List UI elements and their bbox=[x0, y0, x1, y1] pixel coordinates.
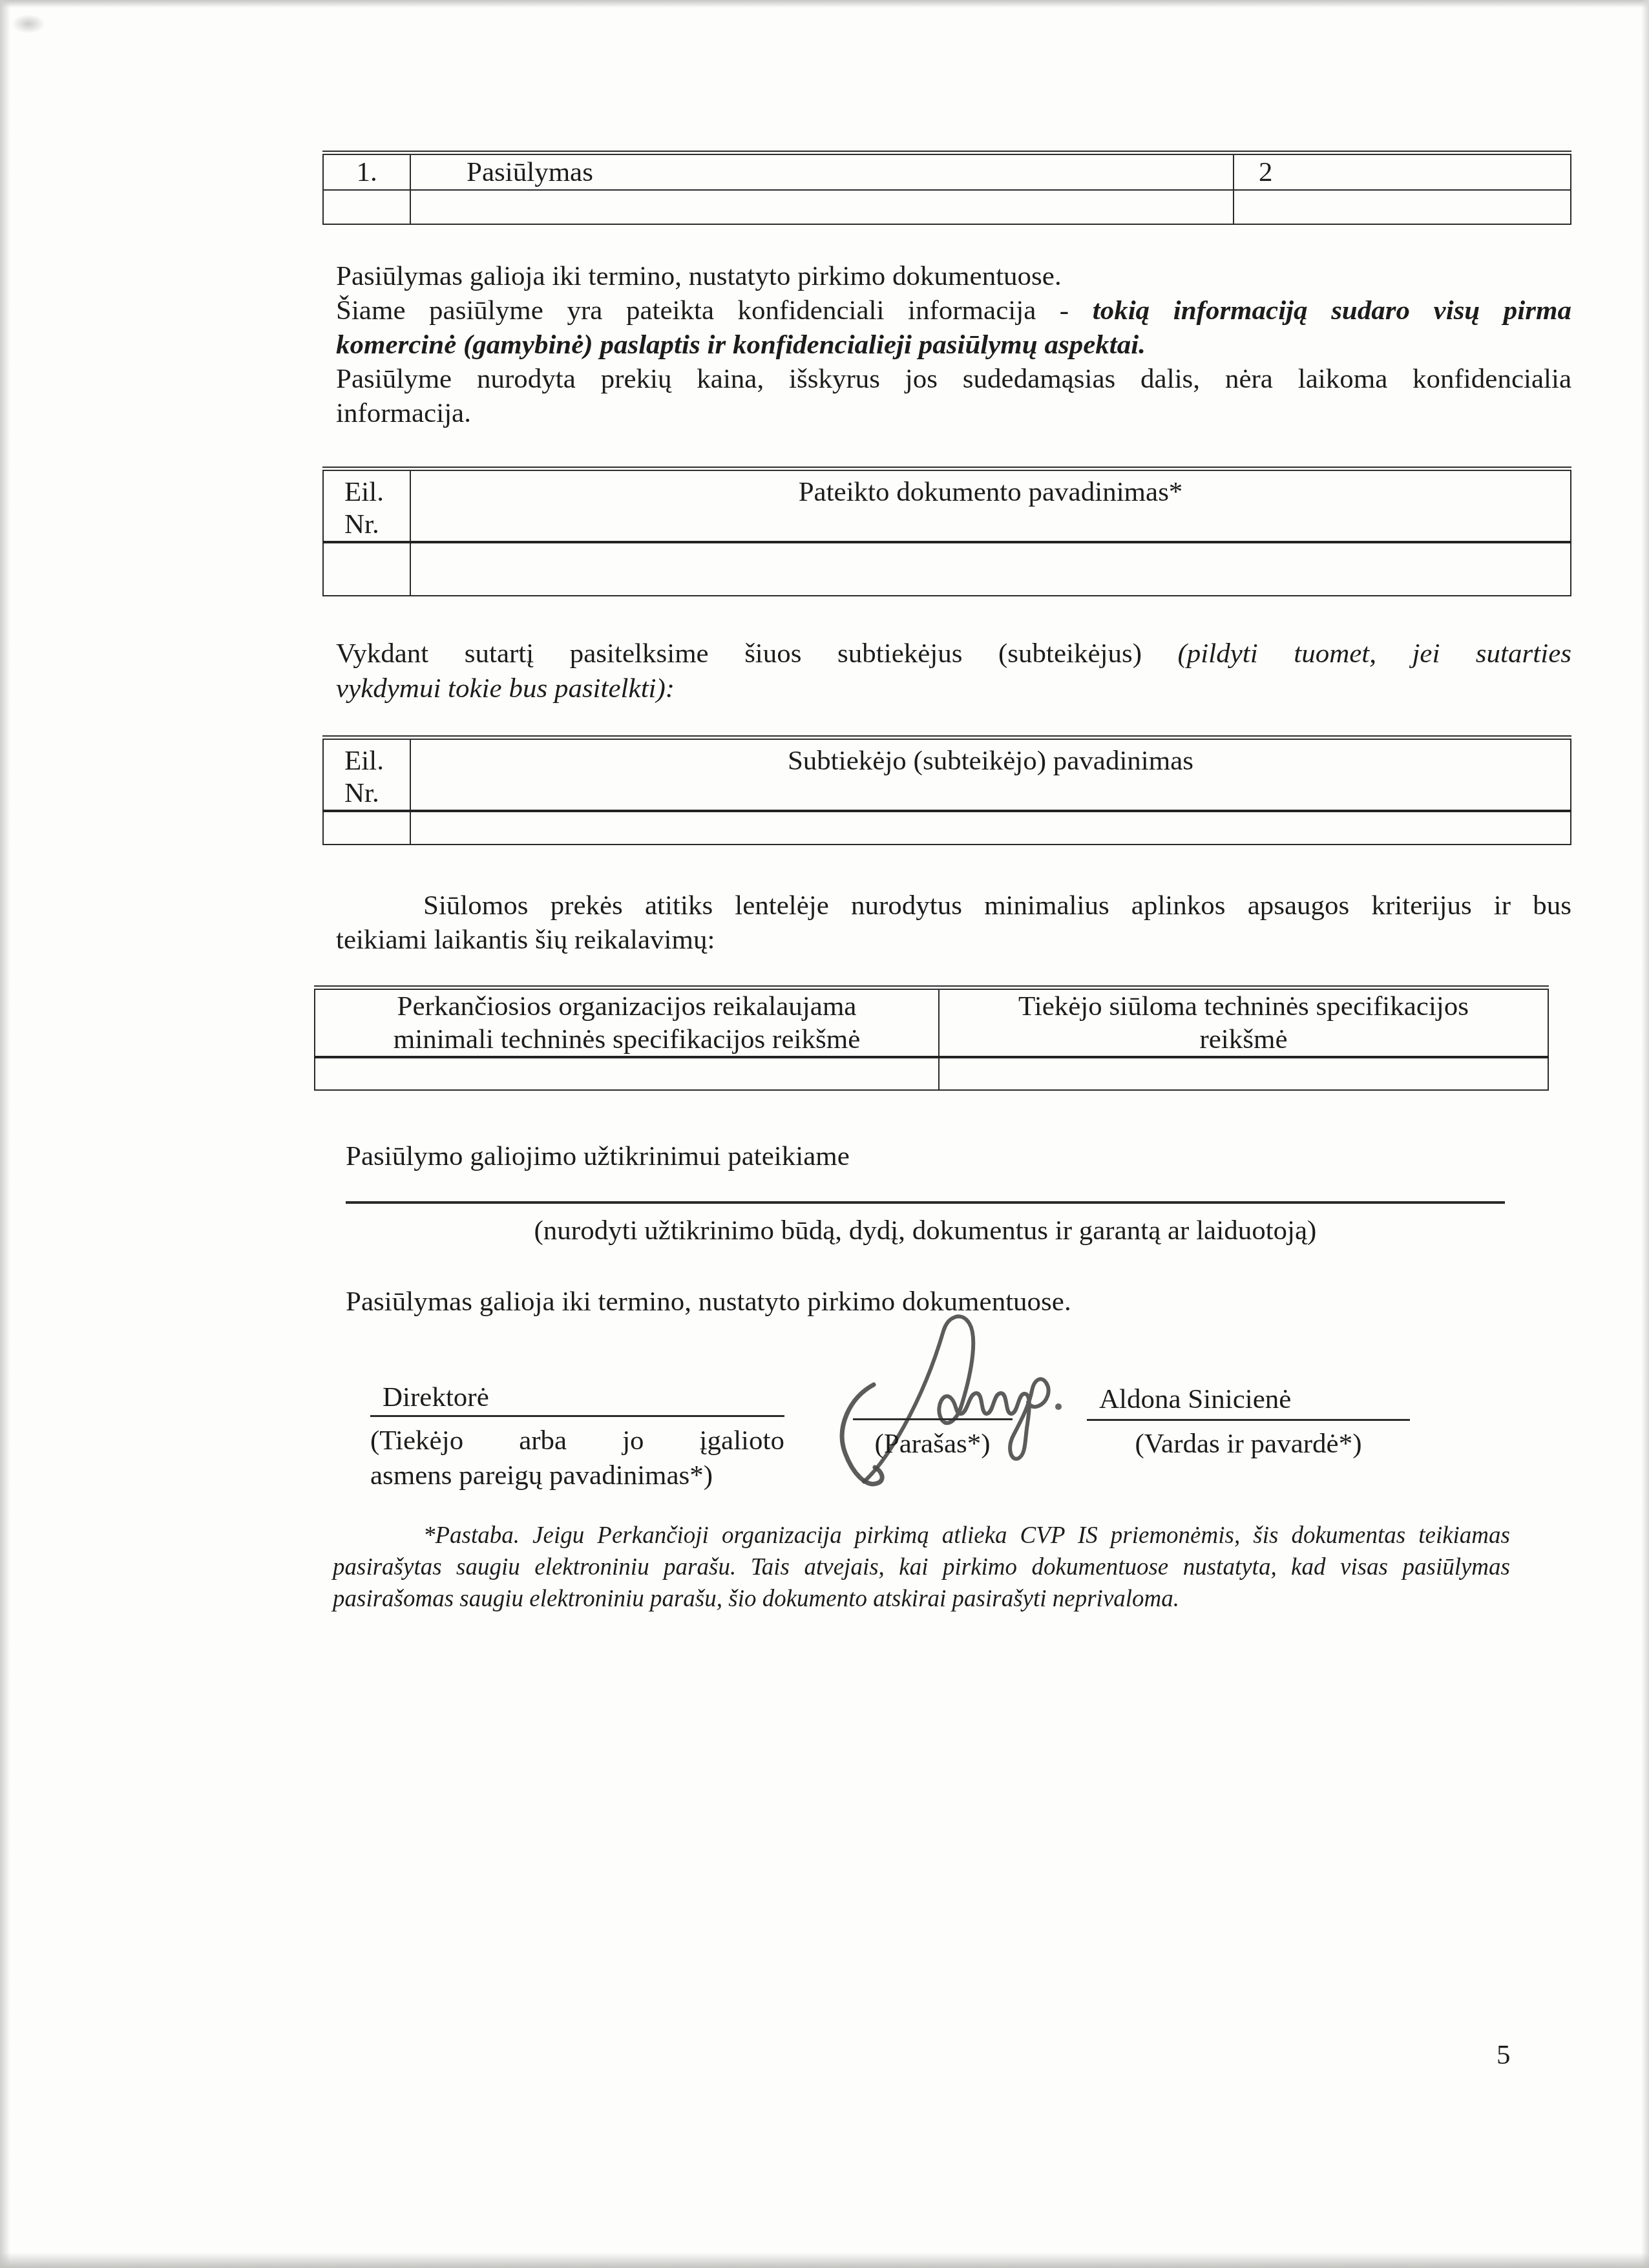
text: (Parašas*) bbox=[874, 1429, 990, 1459]
header-eil-nr: Eil. Nr. bbox=[323, 738, 410, 812]
name-caption: (Vardas ir pavardė*) bbox=[1087, 1427, 1410, 1462]
text: Pasiūlymo galiojimo užtikrinimui pateiki… bbox=[346, 1141, 850, 1171]
paragraph-line: teikiami laikantis šių reikalavimų: bbox=[336, 923, 1571, 957]
empty-cell bbox=[410, 811, 1571, 845]
header-offered-spec: Tiekėjo siūloma techninės specifikacijos… bbox=[939, 988, 1548, 1058]
caption-line: asmens pareigų pavadinimas*) bbox=[370, 1458, 784, 1493]
scan-edge-right bbox=[1641, 0, 1649, 2268]
header-required-spec: Perkančiosios organizacijos reikalaujama… bbox=[315, 988, 939, 1058]
text: (Vardas ir pavardė*) bbox=[1135, 1429, 1362, 1459]
table-header-row: Eil. Nr. Subtiekėjo (subteikėjo) pavadin… bbox=[323, 738, 1571, 812]
text: Nr. bbox=[344, 777, 410, 810]
position-caption: (Tiekėjo arba jo įgalioto asmens pareigų… bbox=[370, 1423, 784, 1493]
signer-position-title: Direktorė bbox=[383, 1380, 489, 1414]
empty-cell bbox=[323, 190, 410, 224]
text: Pasiūlyme nurodyta prekių kaina, išskyru… bbox=[336, 364, 1571, 394]
text: (nurodyti užtikrinimo būdą, dydį, dokume… bbox=[534, 1215, 1317, 1246]
header-eil-nr: Eil. Nr. bbox=[323, 469, 410, 543]
table-row: 1. Pasiūlymas 2 bbox=[323, 153, 1571, 190]
paragraph-line: vykdymui tokie bus pasitelkti): bbox=[336, 671, 1571, 706]
criteria-paragraph: Siūlomos prekės atitiks lentelėje nurody… bbox=[336, 888, 1571, 957]
subcontractors-table: Eil. Nr. Subtiekėjo (subteikėjo) pavadin… bbox=[322, 735, 1571, 845]
signature-line bbox=[853, 1418, 1013, 1420]
text: Tiekėjo siūloma techninės specifikacijos bbox=[940, 990, 1548, 1023]
text: Šiame pasiūlyme yra pateikta konfidencia… bbox=[336, 295, 1093, 326]
text: *Pastaba. Jeigu Perkančioji organizacija… bbox=[423, 1522, 1510, 1549]
empty-cell bbox=[410, 542, 1571, 596]
technical-spec-table: Perkančiosios organizacijos reikalaujama… bbox=[314, 985, 1549, 1091]
paragraph-line: informacija. bbox=[336, 396, 1571, 430]
text: Aldona Sinicienė bbox=[1099, 1384, 1291, 1414]
name-signature-line bbox=[1087, 1419, 1410, 1421]
footnote-line: pasirašytas saugiu elektroniniu parašu. … bbox=[333, 1551, 1510, 1583]
fill-in-line bbox=[346, 1201, 1505, 1204]
guarantee-caption: (nurodyti užtikrinimo būdą, dydį, dokume… bbox=[346, 1213, 1505, 1248]
page-number: 5 bbox=[1497, 2039, 1511, 2071]
intro-paragraphs: Pasiūlymas galioja iki termino, nustatyt… bbox=[336, 259, 1571, 430]
table-row bbox=[323, 542, 1571, 596]
footnote-line: *Pastaba. Jeigu Perkančioji organizacija… bbox=[333, 1520, 1510, 1551]
text: Perkančiosios organizacijos reikalaujama bbox=[315, 990, 938, 1023]
table-row bbox=[323, 811, 1571, 845]
paragraph-line: Siūlomos prekės atitiks lentelėje nurody… bbox=[336, 888, 1571, 923]
table-row bbox=[323, 190, 1571, 224]
text: Pasiūlymas galioja iki termino, nustatyt… bbox=[336, 261, 1062, 291]
scan-edge-bottom bbox=[0, 2252, 1649, 2268]
text: Nr. bbox=[344, 509, 410, 541]
empty-cell bbox=[315, 1057, 939, 1090]
text: pasirašomas saugiu elektroniniu parašu, … bbox=[333, 1586, 1179, 1612]
submitted-documents-table: Eil. Nr. Pateikto dokumento pavadinimas* bbox=[322, 467, 1571, 596]
italic-text: (pildyti tuomet, jei sutarties bbox=[1178, 638, 1571, 669]
table-header-row: Perkančiosios organizacijos reikalaujama… bbox=[315, 988, 1548, 1058]
text: informacija. bbox=[336, 398, 471, 428]
offer-number-table: 1. Pasiūlymas 2 bbox=[322, 151, 1571, 225]
empty-cell bbox=[939, 1057, 1548, 1090]
text: Eil. bbox=[344, 476, 410, 509]
empty-cell bbox=[323, 811, 410, 845]
scan-edge-left bbox=[0, 0, 10, 2268]
text: Direktorė bbox=[383, 1382, 489, 1412]
text: teikiami laikantis šių reikalavimų: bbox=[336, 925, 715, 955]
signer-name: Aldona Sinicienė bbox=[1099, 1382, 1291, 1416]
paragraph-line: Pasiūlymas galioja iki termino, nustatyt… bbox=[336, 259, 1571, 293]
document-page: 1. Pasiūlymas 2 Pasiūlymas galioja iki t… bbox=[0, 0, 1649, 2268]
header-document-name: Pateikto dokumento pavadinimas* bbox=[410, 469, 1571, 543]
text: reikšmė bbox=[940, 1023, 1548, 1056]
empty-cell bbox=[1234, 190, 1571, 224]
scan-edge-top bbox=[0, 0, 1649, 8]
paragraph-line: komercinė (gamybinė) paslaptis ir konfid… bbox=[336, 328, 1571, 362]
italic-text: vykdymui tokie bus pasitelkti): bbox=[336, 673, 675, 704]
text: pasirašytas saugiu elektroniniu parašu. … bbox=[333, 1554, 1510, 1580]
guarantee-paragraph: Pasiūlymo galiojimo užtikrinimui pateiki… bbox=[346, 1139, 1573, 1173]
text: Eil. bbox=[344, 745, 410, 777]
position-signature-line bbox=[370, 1415, 784, 1417]
text: minimali techninės specifikacijos reikšm… bbox=[315, 1023, 938, 1056]
signature-caption: (Parašas*) bbox=[842, 1427, 1023, 1462]
paragraph-line: Pasiūlyme nurodyta prekių kaina, išskyru… bbox=[336, 362, 1571, 396]
text: Siūlomos prekės atitiks lentelėje nurody… bbox=[423, 890, 1571, 921]
offer-row-label: Pasiūlymas bbox=[410, 153, 1234, 190]
handwritten-signature bbox=[824, 1308, 1076, 1496]
text: Vykdant sutartį pasitelksime šiuos subti… bbox=[336, 638, 1178, 669]
header-subcontractor-name: Subtiekėjo (subteikėjo) pavadinimas bbox=[410, 738, 1571, 812]
scan-smudge bbox=[12, 14, 45, 34]
emphasized-text: tokią informaciją sudaro visų pirma bbox=[1093, 295, 1571, 326]
empty-cell bbox=[323, 542, 410, 596]
text: 5 bbox=[1497, 2040, 1511, 2070]
paragraph-line: Šiame pasiūlyme yra pateikta konfidencia… bbox=[336, 293, 1571, 328]
paragraph-line: Vykdant sutartį pasitelksime šiuos subti… bbox=[336, 636, 1571, 671]
table-row bbox=[315, 1057, 1548, 1090]
empty-cell bbox=[410, 190, 1234, 224]
table-header-row: Eil. Nr. Pateikto dokumento pavadinimas* bbox=[323, 469, 1571, 543]
subcontractors-paragraph: Vykdant sutartį pasitelksime šiuos subti… bbox=[336, 636, 1571, 706]
footnote: *Pastaba. Jeigu Perkančioji organizacija… bbox=[333, 1520, 1510, 1615]
text: (Tiekėjo arba jo įgalioto bbox=[370, 1425, 784, 1456]
emphasized-text: komercinė (gamybinė) paslaptis ir konfid… bbox=[336, 330, 1146, 360]
offer-row-number: 1. bbox=[323, 153, 410, 190]
caption-line: (Tiekėjo arba jo įgalioto bbox=[370, 1423, 784, 1458]
footnote-line: pasirašomas saugiu elektroniniu parašu, … bbox=[333, 1583, 1510, 1615]
offer-row-value: 2 bbox=[1234, 153, 1571, 190]
text: asmens pareigų pavadinimas*) bbox=[370, 1460, 713, 1491]
